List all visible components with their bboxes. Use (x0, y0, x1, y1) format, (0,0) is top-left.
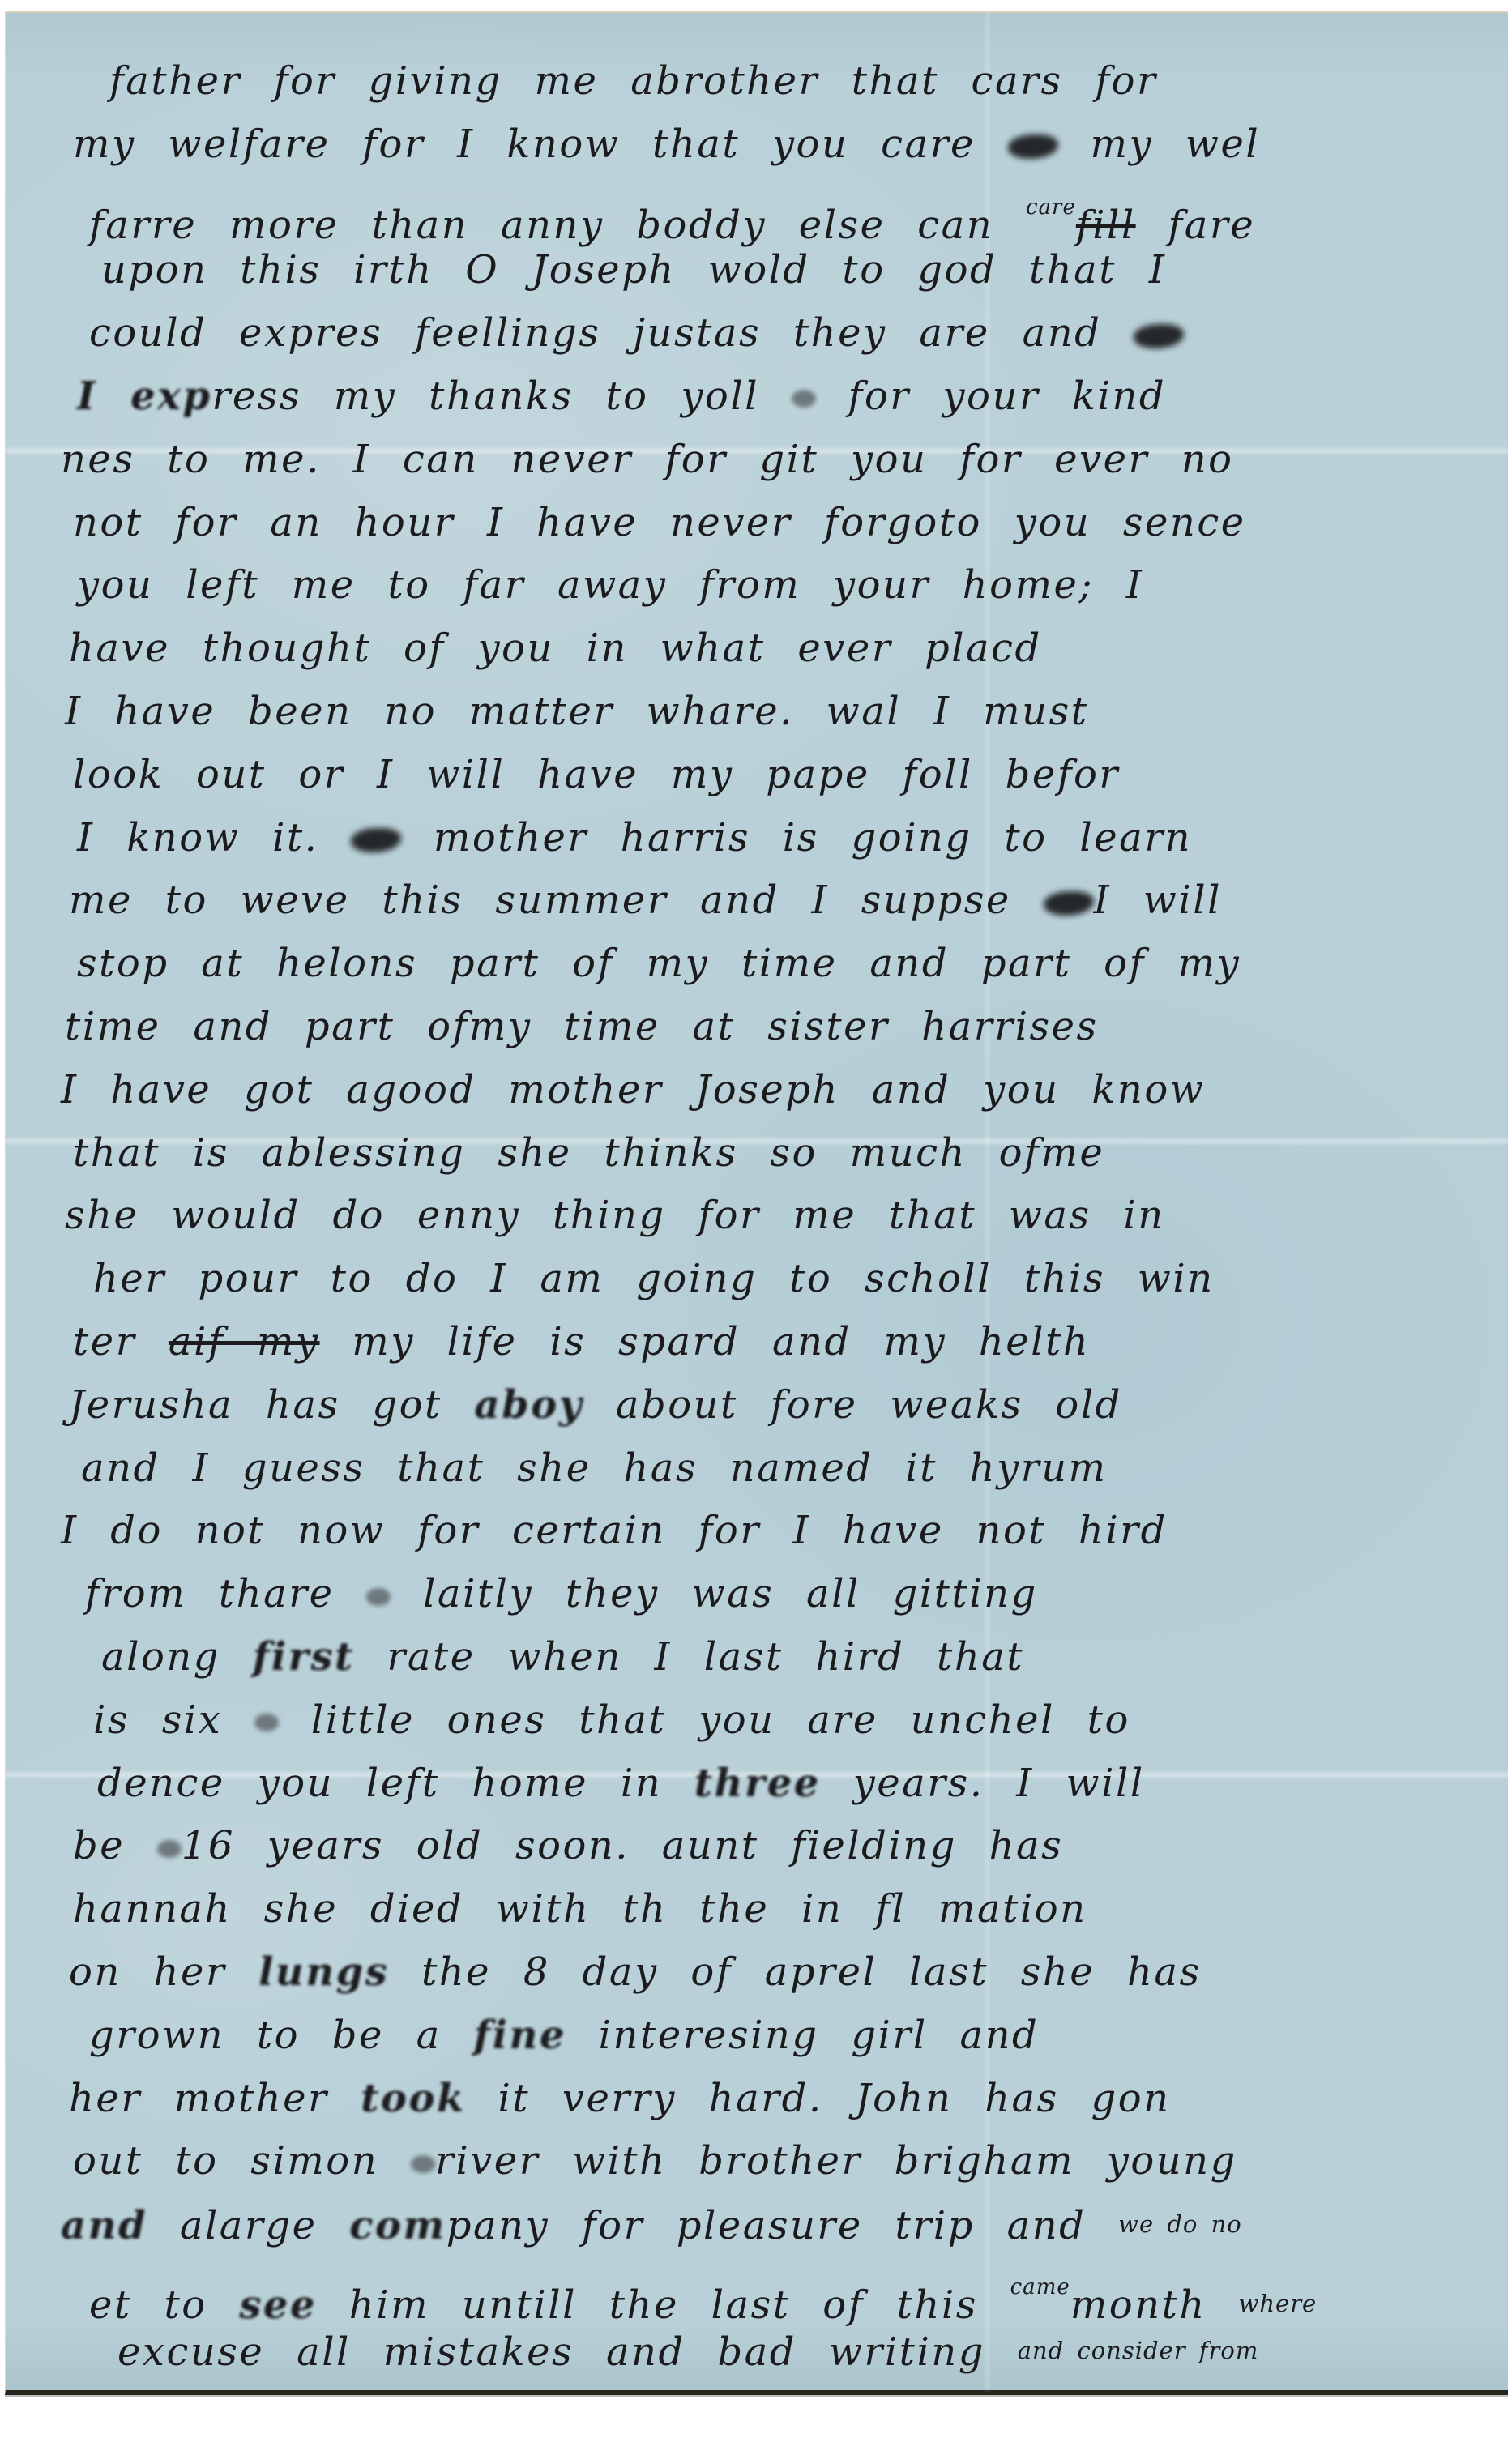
letter-line: she would do enny thing for me that was … (28, 1185, 1485, 1248)
letter-line: from thare laitly they was all gitting (28, 1563, 1485, 1626)
letter-text-segment: on her (69, 1949, 258, 1995)
letter-line: you left me to far away from your home; … (28, 554, 1485, 617)
letter-text-segment: aif my (169, 1319, 320, 1364)
letter-text-segment: be (73, 1823, 157, 1868)
letter-text-segment: 16 years old soon. aunt fielding has (182, 1823, 1063, 1868)
letter-text-segment: that is ablessing she thinks so much ofm… (73, 1130, 1104, 1176)
letter-text-segment: nes to me. I can never for git you for e… (61, 437, 1234, 482)
letter-line: time and part ofmy time at sister harris… (28, 996, 1485, 1059)
letter-text-segment: three (694, 1761, 821, 1806)
letter-line: her mother took it verry hard. John has … (28, 2068, 1485, 2131)
scan-background: { "scan": { "description": "Handwritten … (0, 0, 1512, 2438)
letter-text-segment: she would do enny thing for me that was … (65, 1193, 1165, 1238)
letter-line: and alarge company for pleasure trip and… (28, 2193, 1485, 2257)
letter-text-segment: dence you left home in (97, 1761, 694, 1806)
letter-line: ter aif my my life is spard and my helth (28, 1311, 1485, 1374)
letter-line: farre more than anny boddy else can care… (28, 177, 1485, 240)
letter-text-segment: about fore weaks old (583, 1382, 1122, 1428)
letter-text-segment: I exp (77, 374, 211, 419)
letter-text-segment: mother harris is going to learn (401, 815, 1192, 860)
letter-text-segment: not for an hour I have never forgoto you… (73, 500, 1246, 545)
letter-text-segment: I will (1094, 877, 1222, 923)
letter-text-segment: see (239, 2282, 317, 2328)
letter-text-segment: and consider from (1018, 2337, 1259, 2364)
letter-text-segment: laitly they was all gitting (391, 1571, 1037, 1616)
letter-text-segment: is six (93, 1697, 254, 1743)
letter-line: on her lungs the 8 day of aprel last she… (28, 1941, 1485, 2005)
letter-text-segment: upon this irth O Joseph wold to god that… (101, 247, 1166, 292)
letter-text-segment: ter (73, 1319, 169, 1364)
letter-line: I do not now for certain for I have not … (28, 1500, 1485, 1563)
letter-text-segment: excuse all mistakes and bad writing (117, 2329, 1018, 2375)
letter-line: I have got agood mother Joseph and you k… (28, 1059, 1485, 1122)
letter-text-segment: I have been no matter whare. wal I must (65, 689, 1089, 734)
letter-text-segment: look out or I will have my pape foll bef… (73, 752, 1120, 797)
ink-blot (1008, 134, 1058, 159)
letter-text-segment: Jerusha has got (69, 1382, 475, 1428)
letter-text-segment: first (253, 1634, 355, 1680)
letter-line: excuse all mistakes and bad writing and … (28, 2320, 1485, 2383)
letter-text-segment: you left me to far away from your home; … (77, 562, 1143, 608)
letter-line: not for an hour I have never forgoto you… (28, 492, 1485, 555)
letter-text-segment: fine (474, 2013, 566, 2058)
letter-text-segment: years. I will (821, 1761, 1145, 1806)
letter-text-segment: for your kind (816, 374, 1166, 419)
letter-text-segment: it verry hard. John has gon (466, 2076, 1171, 2121)
ink-blot (1134, 324, 1184, 348)
letter-text-segment: com (349, 2203, 446, 2248)
letter-text-segment: care (1026, 195, 1076, 220)
letter-line: could expres feellings justas they are a… (28, 302, 1485, 365)
letter-line: father for giving me abrother that cars … (28, 50, 1485, 113)
letter-line: my welfare for I know that you care my w… (28, 113, 1485, 177)
letter-text-segment: aboy (475, 1382, 584, 1428)
letter-text-segment: took (361, 2076, 465, 2121)
ink-blot (351, 828, 401, 852)
letter-text-segment: the 8 day of aprel last she has (389, 1949, 1201, 1995)
letter-line: me to weve this summer and I suppse I wi… (28, 869, 1485, 933)
letter-text-segment: interesing girl and (566, 2013, 1039, 2058)
letter-text-segment: I have got agood mother Joseph and you k… (61, 1067, 1205, 1112)
letter-text-segment: we do no (1118, 2210, 1242, 2238)
letter-text-segment: alarge (147, 2203, 349, 2248)
letter-line: her pour to do I am going to scholl this… (28, 1248, 1485, 1311)
letter-text-segment: pany for pleasure trip and (446, 2203, 1118, 2248)
letter-text-segment: I do not now for certain for I have not … (61, 1508, 1168, 1553)
letter-line: is six little ones that you are unchel t… (28, 1689, 1485, 1753)
letter-line: nes to me. I can never for git you for e… (28, 429, 1485, 492)
letter-text-segment: came (1010, 2275, 1070, 2299)
letter-text-segment: and I guess that she has named it hyrum (81, 1445, 1108, 1491)
letter-text-segment: little ones that you are unchel to (279, 1697, 1130, 1743)
ink-blot (254, 1714, 279, 1731)
letter-paper: father for giving me abrother that cars … (5, 11, 1508, 2395)
letter-line: along first rate when I last hird that (28, 1626, 1485, 1689)
letter-line: that is ablessing she thinks so much ofm… (28, 1122, 1485, 1185)
letter-line: grown to be a fine interesing girl and (28, 2005, 1485, 2068)
ink-blot (792, 390, 816, 408)
letter-line: Jerusha has got aboy about fore weaks ol… (28, 1374, 1485, 1437)
letter-text-segment: father for giving me abrother that cars … (109, 58, 1158, 104)
letter-line: hannah she died with th the in fl mation (28, 1878, 1485, 1941)
letter-text-segment: her mother (69, 2076, 361, 2121)
letter-text-segment: I know it. (77, 815, 351, 860)
ink-blot (366, 1588, 391, 1606)
letter-text-segment: could expres feellings justas they are a… (89, 310, 1134, 356)
letter-text-segment: out to simon (73, 2138, 411, 2184)
letter-text-segment: have thought of you in what ever placd (69, 626, 1042, 671)
letter-lines: father for giving me abrother that cars … (6, 50, 1508, 2382)
letter-text-segment: her pour to do I am going to scholl this… (93, 1256, 1215, 1301)
letter-line: out to simon river with brother brigham … (28, 2130, 1485, 2193)
letter-text-segment: where (1239, 2290, 1318, 2317)
letter-line: have thought of you in what ever placd (28, 617, 1485, 681)
letter-text-segment: and (61, 2203, 147, 2248)
letter-line: I have been no matter whare. wal I must (28, 681, 1485, 744)
letter-text-segment: hannah she died with th the in fl mation (73, 1886, 1087, 1932)
letter-line: et to see him untill the last of this ca… (28, 2257, 1485, 2320)
letter-text-segment: time and part ofmy time at sister harris… (65, 1004, 1099, 1049)
letter-text-segment: me to weve this summer and I suppse (69, 877, 1044, 923)
ink-blot (411, 2155, 435, 2173)
letter-line: stop at helons part of my time and part … (28, 933, 1485, 996)
letter-line: and I guess that she has named it hyrum (28, 1437, 1485, 1501)
letter-text-segment: river with brother brigham young (435, 2138, 1237, 2184)
letter-line: dence you left home in three years. I wi… (28, 1753, 1485, 1816)
letter-text-segment: my life is spard and my helth (320, 1319, 1091, 1364)
ink-blot (157, 1840, 182, 1858)
letter-line: be 16 years old soon. aunt fielding has (28, 1815, 1485, 1878)
letter-line: I express my thanks to yoll for your kin… (28, 365, 1485, 429)
letter-text-segment: ress my thanks to yoll (211, 374, 791, 419)
letter-line: upon this irth O Joseph wold to god that… (28, 239, 1485, 302)
letter-text-segment: rate when I last hird that (355, 1634, 1025, 1680)
letter-line: I know it. mother harris is going to lea… (28, 807, 1485, 870)
letter-text-segment: grown to be a (89, 2013, 474, 2058)
letter-text-segment: my welfare for I know that you care (73, 122, 1008, 167)
letter-text-segment: my wel (1058, 122, 1261, 167)
letter-text-segment: stop at helons part of my time and part … (77, 941, 1241, 986)
letter-text-segment: along (101, 1634, 253, 1680)
ink-blot (1044, 891, 1094, 916)
letter-line: look out or I will have my pape foll bef… (28, 744, 1485, 807)
letter-text-segment: from thare (85, 1571, 366, 1616)
letter-text-segment: lungs (258, 1949, 389, 1995)
